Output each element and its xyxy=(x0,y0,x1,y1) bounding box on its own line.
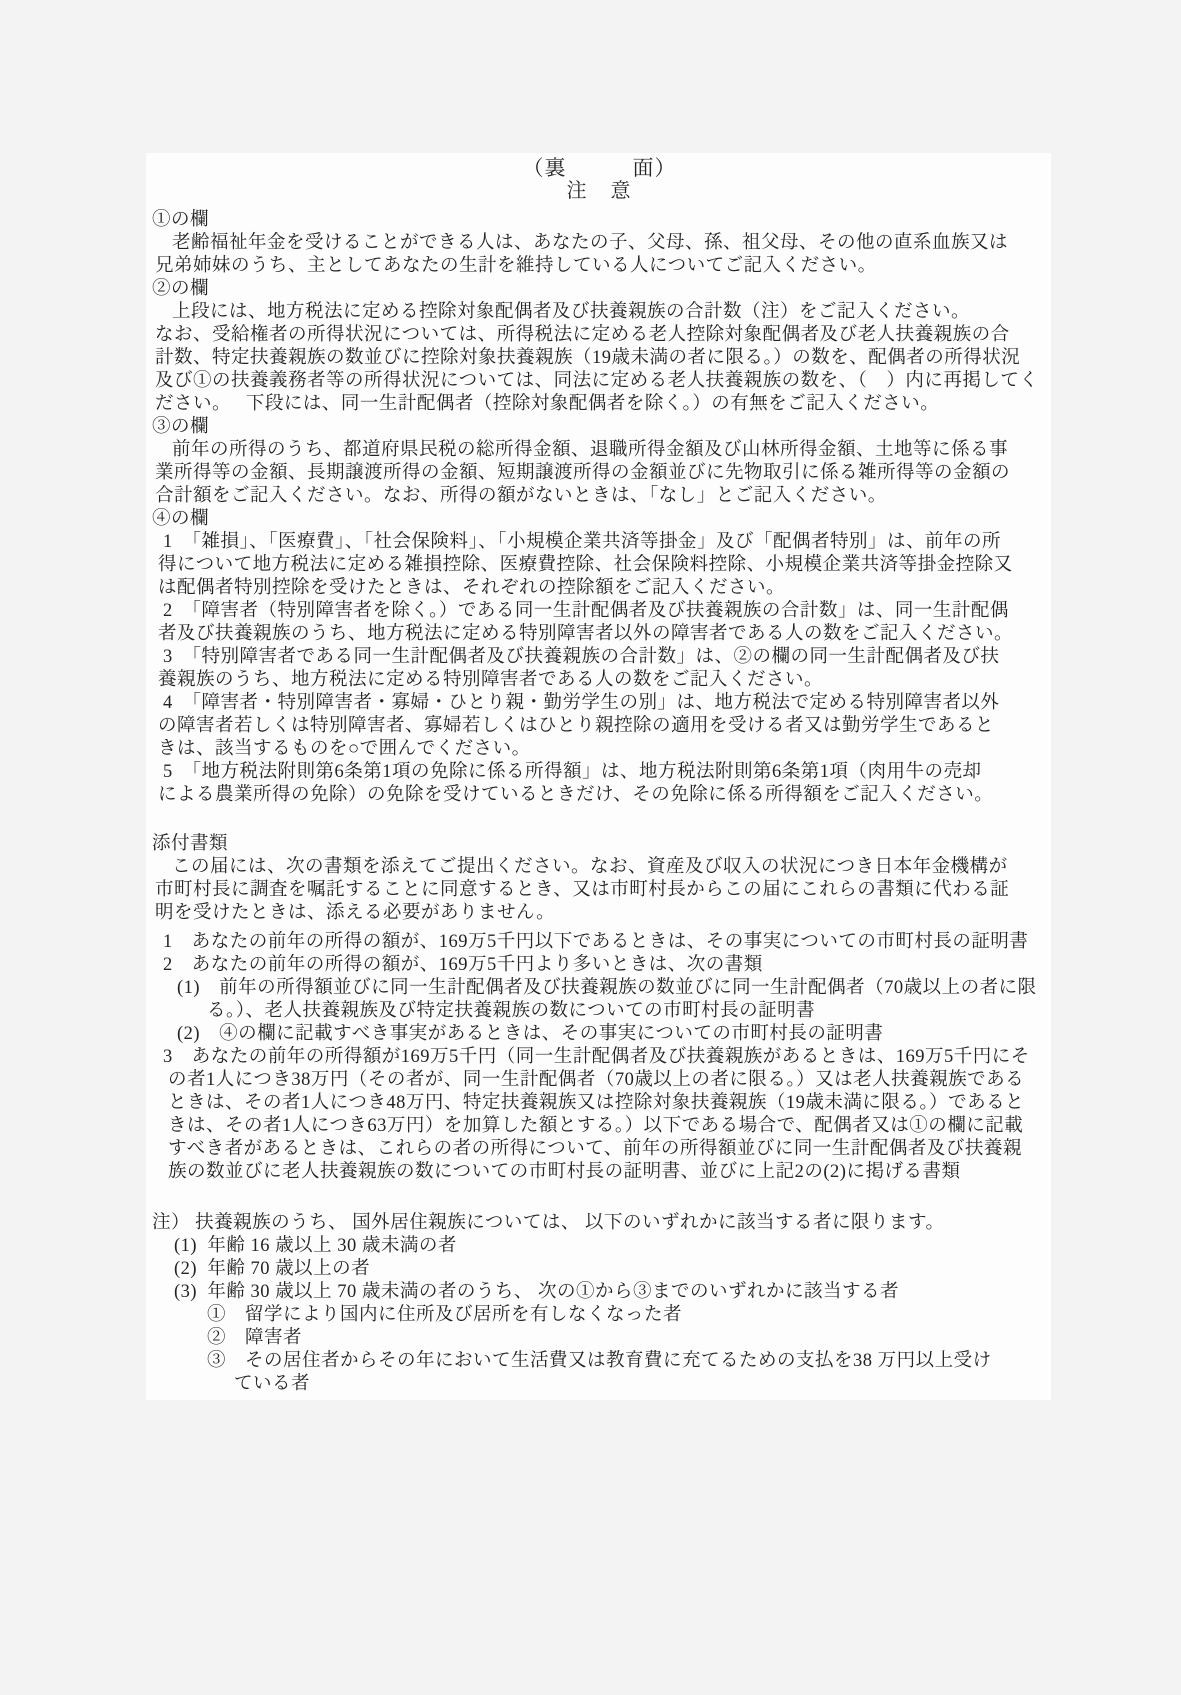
text-line: 族の数並びに老人扶養親族の数についての市町村長の証明書、並びに上記2の(2)に掲… xyxy=(152,1161,1047,1184)
text-line: ときは、その者1人につき48万円、特定扶養親族又は控除対象扶養親族（19歳未満に… xyxy=(152,1092,1047,1115)
text-line: (2) 年齢 70 歳以上の者 xyxy=(152,1258,1047,1281)
text-line: ② 障害者 xyxy=(152,1327,1047,1350)
text-line: ②の欄 xyxy=(152,278,1047,301)
text-line: 4 「障害者・特別障害者・寡婦・ひとり親・勤労学生の別」は、地方税法で定める特別… xyxy=(152,692,1047,715)
text-line: ① 留学により国内に住所及び居所を有しなくなった者 xyxy=(152,1304,1047,1327)
text-line: (1) 前年の所得額並びに同一生計配偶者及び扶養親族の数並びに同一生計配偶者（7… xyxy=(152,977,1047,1000)
text-line: 3 「特別障害者である同一生計配偶者及び扶養親族の合計数」は、②の欄の同一生計配… xyxy=(152,646,1047,669)
text-line: 1 あなたの前年の所得の額が、169万5千円以下であるときは、その事実についての… xyxy=(152,931,1047,954)
document-page: （裏 面） 注 意 ①の欄老齢福祉年金を受けることができる人は、あなたの子、父母… xyxy=(146,153,1051,1400)
text-line: 兄弟姉妹のうち、主としてあなたの生計を維持している人についてご記入ください。 xyxy=(152,255,1047,278)
text-line: 1 「雑損」、「医療費」、「社会保険料」、「小規模企業共済等掛金」及び「配偶者特… xyxy=(152,531,1047,554)
text-line: ③ その居住者からその年において生活費又は教育費に充てるための支払を38 万円以… xyxy=(152,1350,1047,1373)
text-line: 注） 扶養親族のうち、 国外居住親族については、 以下のいずれかに該当する者に限… xyxy=(152,1212,1047,1235)
text-line: 添付書類 xyxy=(152,833,1047,856)
document-canvas: （裏 面） 注 意 ①の欄老齢福祉年金を受けることができる人は、あなたの子、父母… xyxy=(0,0,1181,1695)
page-subtitle: 注 意 xyxy=(152,180,1047,203)
text-line: は配偶者特別控除を受けたときは、それぞれの控除額をご記入ください。 xyxy=(152,577,1047,600)
text-line: (2) ④の欄に記載すべき事実があるときは、その事実についての市町村長の証明書 xyxy=(152,1023,1047,1046)
text-line: 計数、特定扶養親族の数並びに控除対象扶養親族（19歳未満の者に限る。）の数を、配… xyxy=(152,347,1047,370)
text-line: 前年の所得のうち、都道府県民税の総所得金額、退職所得金額及び山林所得金額、土地等… xyxy=(152,439,1047,462)
page-title: （裏 面） xyxy=(152,156,1047,180)
text-line: による農業所得の免除）の免除を受けているときだけ、その免除に係る所得額をご記入く… xyxy=(152,784,1047,807)
text-line: ④の欄 xyxy=(152,508,1047,531)
text-line: 2 「障害者（特別障害者を除く。）である同一生計配偶者及び扶養親族の合計数」は、… xyxy=(152,600,1047,623)
text-line: 2 あなたの前年の所得の額が、169万5千円より多いときは、次の書類 xyxy=(152,954,1047,977)
text-line: ①の欄 xyxy=(152,209,1047,232)
text-line: の障害者若しくは特別障害者、寡婦若しくはひとり親控除の適用を受ける者又は勤労学生… xyxy=(152,715,1047,738)
text-line: 老齢福祉年金を受けることができる人は、あなたの子、父母、孫、祖父母、その他の直系… xyxy=(152,232,1047,255)
text-line: ださい。 下段には、同一生計配偶者（控除対象配偶者を除く。）の有無をご記入くださ… xyxy=(152,393,1047,416)
text-line: 養親族のうち、地方税法に定める特別障害者である人の数をご記入ください。 xyxy=(152,669,1047,692)
text-line: の者1人につき38万円（その者が、同一生計配偶者（70歳以上の者に限る。）又は老… xyxy=(152,1069,1047,1092)
text-line: 者及び扶養親族のうち、地方税法に定める特別障害者以外の障害者である人の数をご記入… xyxy=(152,623,1047,646)
text-line: (3) 年齢 30 歳以上 70 歳未満の者のうち、 次の①から③までのいずれか… xyxy=(152,1281,1047,1304)
text-line: ③の欄 xyxy=(152,416,1047,439)
text-line: すべき者があるときは、これらの者の所得について、前年の所得額並びに同一生計配偶者… xyxy=(152,1138,1047,1161)
text-line: 上段には、地方税法に定める控除対象配偶者及び扶養親族の合計数（注）をご記入くださ… xyxy=(152,301,1047,324)
text-line: 業所得等の金額、長期譲渡所得の金額、短期譲渡所得の金額並びに先物取引に係る雑所得… xyxy=(152,462,1047,485)
text-line: 及び①の扶養義務者等の所得状況については、同法に定める老人扶養親族の数を、（ ）… xyxy=(152,370,1047,393)
text-line: 明を受けたときは、添える必要がありません。 xyxy=(152,902,1047,925)
text-line: ている者 xyxy=(152,1373,1047,1396)
text-line: 合計額をご記入ください。なお、所得の額がないときは、「なし」とご記入ください。 xyxy=(152,485,1047,508)
text-line: きは、その者1人につき63万円）を加算した額とする。）以下である場合で、配偶者又… xyxy=(152,1115,1047,1138)
text-line: 市町村長に調査を嘱託することに同意するとき、又は市町村長からこの届にこれらの書類… xyxy=(152,879,1047,902)
document-body: ①の欄老齢福祉年金を受けることができる人は、あなたの子、父母、孫、祖父母、その他… xyxy=(152,209,1047,1396)
text-line: この届には、次の書類を添えてご提出ください。なお、資産及び収入の状況につき日本年… xyxy=(152,856,1047,879)
text-line: (1) 年齢 16 歳以上 30 歳未満の者 xyxy=(152,1235,1047,1258)
text-line: なお、受給権者の所得状況については、所得税法に定める老人控除対象配偶者及び老人扶… xyxy=(152,324,1047,347)
text-line: る。）、老人扶養親族及び特定扶養親族の数についての市町村長の証明書 xyxy=(152,1000,1047,1023)
text-line: きは、該当するものを○で囲んでください。 xyxy=(152,738,1047,761)
text-line: 得について地方税法に定める雑損控除、医療費控除、社会保険料控除、小規模企業共済等… xyxy=(152,554,1047,577)
text-line: 3 あなたの前年の所得額が169万5千円（同一生計配偶者及び扶養親族があるときは… xyxy=(152,1046,1047,1069)
text-line: 5 「地方税法附則第6条第1項の免除に係る所得額」は、地方税法附則第6条第1項（… xyxy=(152,761,1047,784)
